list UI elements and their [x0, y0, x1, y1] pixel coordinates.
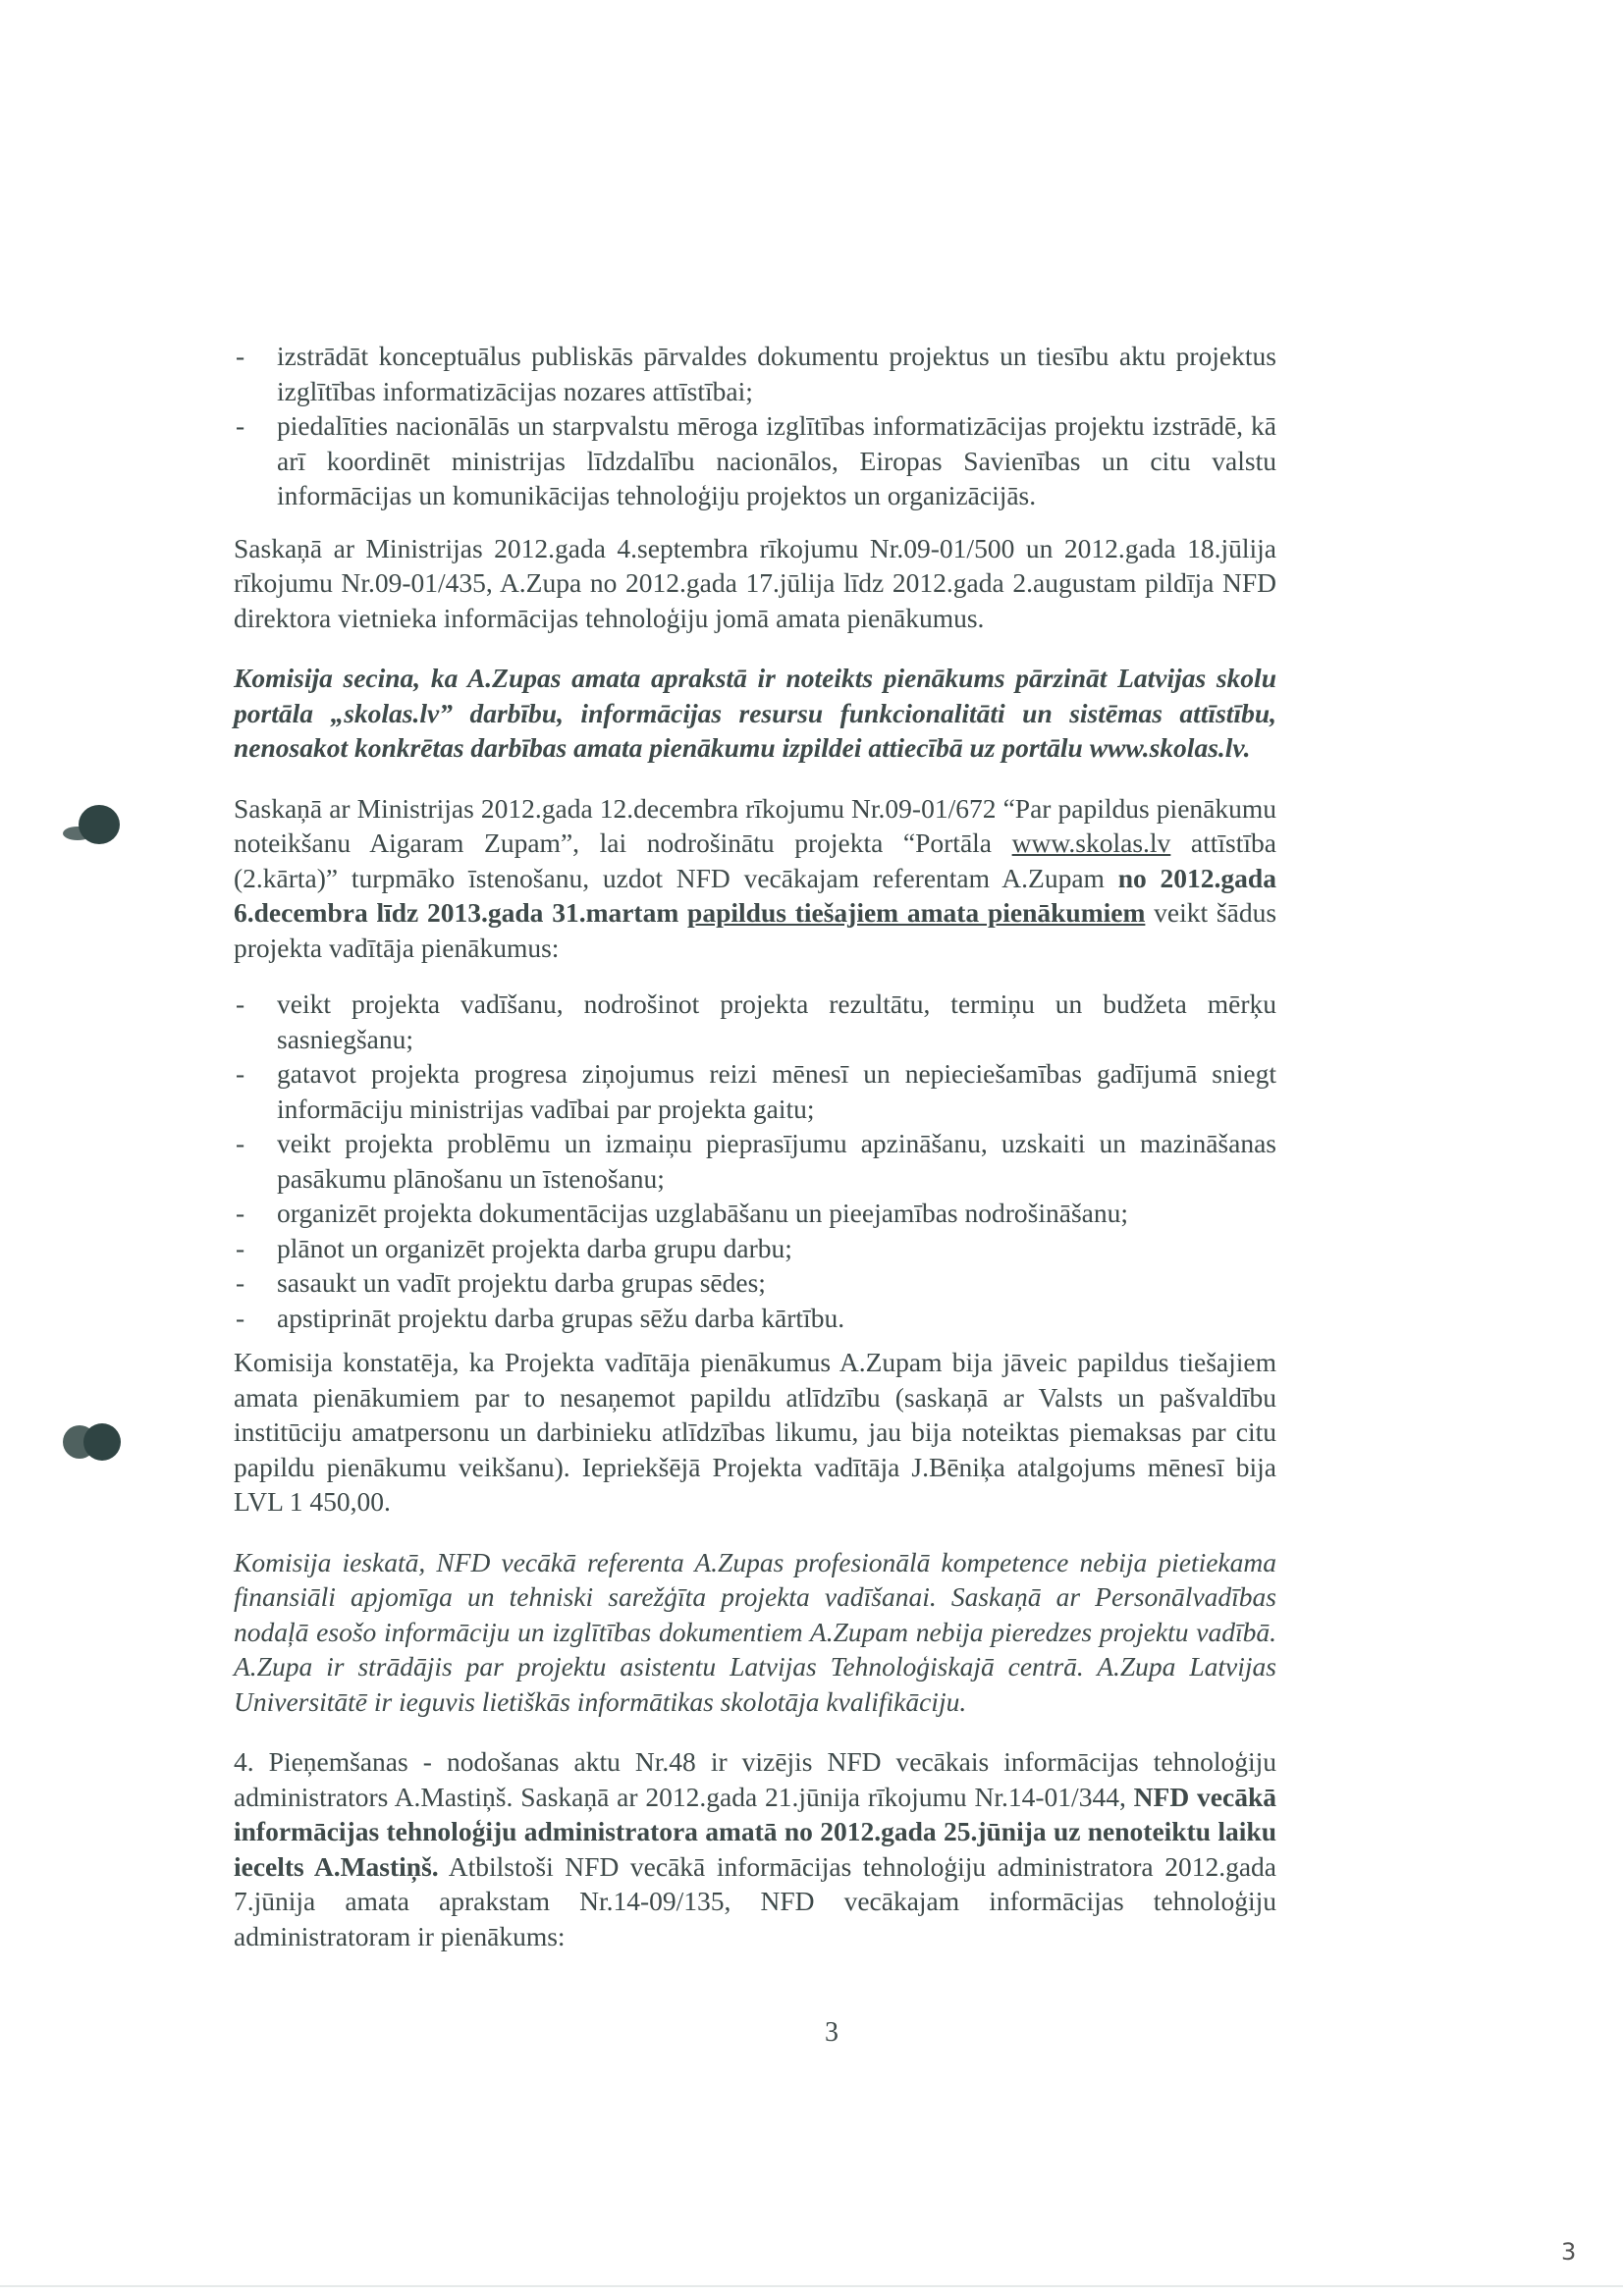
bullet-list-top: izstrādāt konceptuālus publiskās pārvald…	[234, 339, 1276, 513]
scan-edge	[0, 2285, 1623, 2287]
paragraph-acceptance-act: 4. Pieņemšanas - nodošanas aktu Nr.48 ir…	[234, 1744, 1276, 1953]
paragraph-additional-duties: Saskaņā ar Ministrijas 2012.gada 12.dece…	[234, 791, 1276, 966]
list-item: veikt projekta vadīšanu, nodrošinot proj…	[234, 987, 1276, 1056]
list-item: izstrādāt konceptuālus publiskās pārvald…	[234, 339, 1276, 408]
handwritten-page-number: 3	[1561, 2238, 1576, 2266]
list-item: veikt projekta problēmu un izmaiņu piepr…	[234, 1126, 1276, 1196]
skolas-link[interactable]: www.skolas.lv	[1012, 828, 1171, 858]
hole-punch-mark	[83, 1423, 121, 1461]
list-item: organizēt projekta dokumentācijas uzglab…	[234, 1196, 1276, 1231]
document-body: izstrādāt konceptuālus publiskās pārvald…	[234, 339, 1276, 1953]
commission-conclusion-2: Komisija ieskatā, NFD vecākā referenta A…	[234, 1545, 1276, 1720]
list-item: gatavot projekta progresa ziņojumus reiz…	[234, 1056, 1276, 1126]
text-span: 4. Pieņemšanas - nodošanas aktu Nr.48 ir…	[234, 1746, 1276, 1812]
bullet-list-duties: veikt projekta vadīšanu, nodrošinot proj…	[234, 987, 1276, 1335]
paragraph-ministry-order: Saskaņā ar Ministrijas 2012.gada 4.septe…	[234, 531, 1276, 636]
page-number: 3	[825, 2017, 839, 2049]
list-item: sasaukt un vadīt projektu darba grupas s…	[234, 1265, 1276, 1301]
commission-conclusion-1: Komisija secina, ka A.Zupas amata apraks…	[234, 661, 1276, 766]
list-item: piedalīties nacionālās un starpvalstu mē…	[234, 408, 1276, 513]
list-item: apstiprināt projektu darba grupas sēžu d…	[234, 1301, 1276, 1336]
text-span	[678, 897, 687, 928]
list-item: plānot un organizēt projekta darba grupu…	[234, 1231, 1276, 1266]
paragraph-commission-findings: Komisija konstatēja, ka Projekta vadītāj…	[234, 1345, 1276, 1520]
hole-punch-mark	[79, 805, 120, 844]
bold-underlined-phrase: papildus tiešajiem amata pienākumiem	[687, 897, 1145, 928]
